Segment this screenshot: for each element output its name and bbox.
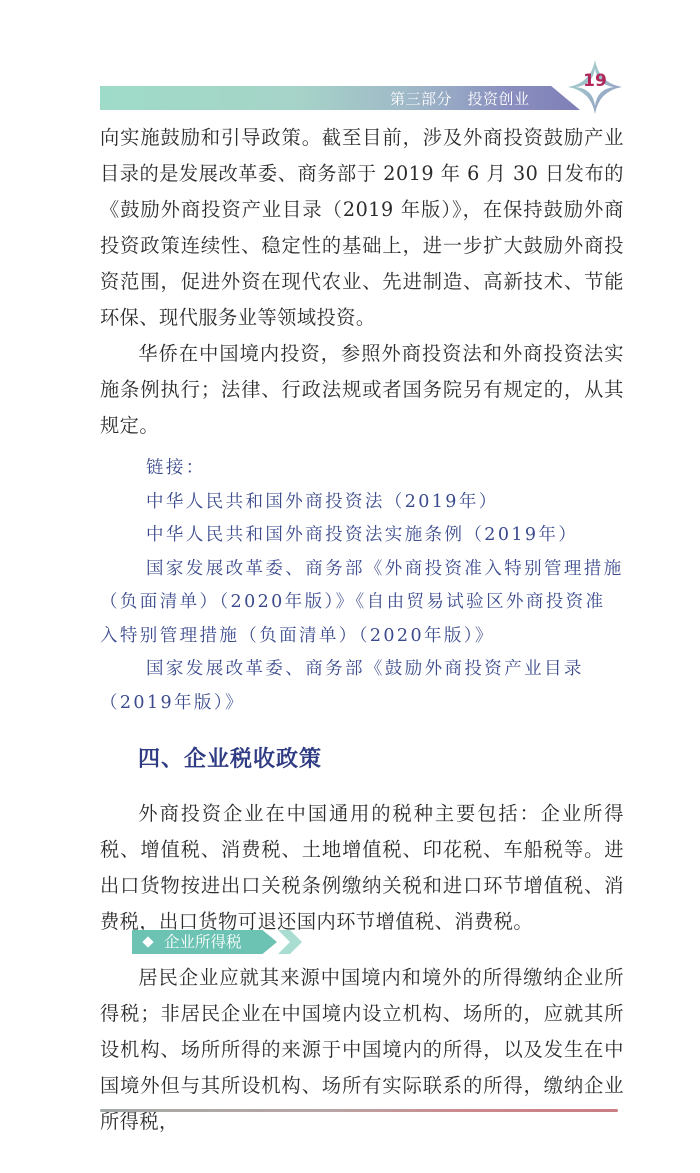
section-title: 第三部分 投资创业	[390, 88, 530, 110]
page-number: 19	[566, 71, 624, 91]
income-tax-paragraph: 居民企业应就其来源中国境内和境外的所得缴纳企业所得税；非居民企业在中国境内设立机…	[100, 960, 624, 1140]
intro-paragraph-1: 向实施鼓励和引导政策。截至目前，涉及外商投资鼓励产业目录的是发展改革委、商务部于…	[100, 120, 624, 336]
footer-divider	[100, 1109, 618, 1112]
tax-paragraph: 外商投资企业在中国通用的税种主要包括：企业所得税、增值税、消费税、土地增值税、印…	[100, 796, 624, 940]
link-item[interactable]: 中华人民共和国外商投资法实施条例（2019年）	[100, 519, 624, 553]
chevron-right-icon	[278, 930, 308, 954]
section-heading: 四、企业税收政策	[138, 742, 322, 773]
intro-text: 向实施鼓励和引导政策。截至目前，涉及外商投资鼓励产业目录的是发展改革委、商务部于…	[100, 120, 624, 444]
links-label: 链接：	[100, 452, 624, 486]
link-item[interactable]: 国家发展改革委、商务部《鼓励外商投资产业目录（2019年版）》	[100, 653, 624, 720]
income-tax-text: 居民企业应就其来源中国境内和境外的所得缴纳企业所得税；非居民企业在中国境内设立机…	[100, 960, 624, 1140]
link-item[interactable]: 国家发展改革委、商务部《外商投资准入特别管理措施（负面清单）（2020年版）》《…	[100, 553, 624, 654]
link-item[interactable]: 中华人民共和国外商投资法（2019年）	[100, 486, 624, 520]
subsection-tag-label: 企业所得税	[164, 930, 242, 954]
intro-paragraph-2: 华侨在中国境内投资，参照外商投资法和外商投资法实施条例执行；法律、行政法规或者国…	[100, 336, 624, 444]
links-block: 链接： 中华人民共和国外商投资法（2019年） 中华人民共和国外商投资法实施条例…	[100, 452, 624, 720]
tax-overview: 外商投资企业在中国通用的税种主要包括：企业所得税、增值税、消费税、土地增值税、印…	[100, 796, 624, 940]
